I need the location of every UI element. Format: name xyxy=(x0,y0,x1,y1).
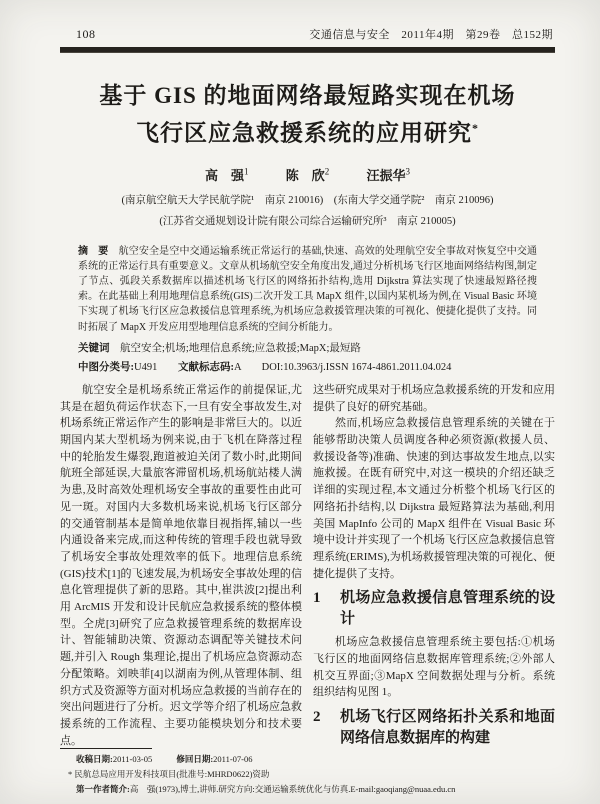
author-2-name: 陈 欣 xyxy=(286,168,325,183)
paper-page: 108 交通信息与安全 2011年4期 第29卷 总152期 基于 GIS 的地… xyxy=(0,0,600,804)
section-heading-2: 2 机场飞行区网络拓扑关系和地面网络信息数据库的构建 xyxy=(313,707,555,749)
title-footnote-marker: * xyxy=(472,121,479,135)
section-2-title: 机场飞行区网络拓扑关系和地面网络信息数据库的构建 xyxy=(340,707,555,749)
journal-info: 交通信息与安全 2011年4期 第29卷 总152期 xyxy=(309,26,553,42)
author-1-affil-marker: 1 xyxy=(244,166,249,176)
footnote-author-bio: 第一作者简介:高 强(1973),博士,讲师.研究方向:交通运输系统优化与仿真.… xyxy=(60,782,555,797)
doi: DOI:10.3963/j.ISSN 1674-4861.2011.04.024 xyxy=(262,362,452,373)
keywords-line: 关键词 航空安全;机场;地理信息系统;应急救援;MapX;最短路 xyxy=(78,340,537,355)
left-paragraph: 航空安全是机场系统正常运作的前提保证,尤其是在超负荷运作状态下,一旦有安全事故发… xyxy=(60,382,302,749)
author-1-name: 高 强 xyxy=(205,168,244,183)
section-heading-1: 1 机场应急救援信息管理系统的设计 xyxy=(313,588,555,630)
classification-line: 中图分类号:U491 文献标志码:A DOI:10.3963/j.ISSN 16… xyxy=(78,359,537,374)
revised-date-label: 修回日期: xyxy=(176,754,213,764)
affiliation-line-1: (南京航空航天大学民航学院¹ 南京 210016) (东南大学交通学院² 南京 … xyxy=(60,191,555,210)
author-2: 陈 欣2 xyxy=(286,168,330,183)
received-date-value: 2011-03-05 xyxy=(113,754,152,764)
section-1-number: 1 xyxy=(313,588,340,630)
abstract-text: 航空安全是空中交通运输系统正常运行的基础,快速、高效的处理航空安全事故对恢复空中… xyxy=(78,246,537,333)
author-1: 高 强1 xyxy=(205,168,249,183)
page-header: 108 交通信息与安全 2011年4期 第29卷 总152期 xyxy=(60,26,555,42)
right-paragraph-1: 这些研究成果对于机场应急救援系统的开发和应用提供了良好的研究基础。 xyxy=(313,382,555,415)
clc-value: U491 xyxy=(134,362,157,373)
right-column: 这些研究成果对于机场应急救援系统的开发和应用提供了良好的研究基础。 然而,机场应… xyxy=(313,382,555,750)
footnote-separator xyxy=(60,748,152,749)
received-date-label: 收稿日期: xyxy=(76,754,113,764)
title-line1: 基于 GIS 的地面网络最短路实现在机场 xyxy=(99,83,515,108)
keywords-text: 航空安全;机场;地理信息系统;应急救援;MapX;最短路 xyxy=(120,343,361,354)
header-rule xyxy=(60,47,555,53)
abstract: 摘 要 航空安全是空中交通运输系统正常运行的基础,快速、高效的处理航空安全事故对… xyxy=(78,244,537,335)
abstract-label: 摘 要 xyxy=(78,246,108,257)
author-2-affil-marker: 2 xyxy=(325,166,330,176)
section-2-number: 2 xyxy=(313,707,340,749)
section-1-title: 机场应急救援信息管理系统的设计 xyxy=(340,588,555,630)
paper-title: 基于 GIS 的地面网络最短路实现在机场 飞行区应急救援系统的应用研究* xyxy=(60,79,555,150)
footnote-funding: * 民航总局应用开发科技项目(批准号:MHRD0622)资助 xyxy=(60,767,555,782)
authors-line: 高 强1 陈 欣2 汪振华3 xyxy=(60,165,555,184)
doc-code-label: 文献标志码: xyxy=(178,362,234,373)
clc-label: 中图分类号: xyxy=(78,362,134,373)
author-3-name: 汪振华 xyxy=(367,168,406,183)
keywords-label: 关键词 xyxy=(78,343,110,354)
doc-code-value: A xyxy=(234,362,241,373)
author-bio-text: 高 强(1973),博士,讲师.研究方向:交通运输系统优化与仿真.E-mail:… xyxy=(130,784,456,794)
page-number: 108 xyxy=(76,27,96,42)
body-columns: 航空安全是机场系统正常运作的前提保证,尤其是在超负荷运作状态下,一旦有安全事故发… xyxy=(60,382,555,750)
author-3: 汪振华3 xyxy=(367,168,411,183)
right-paragraph-2: 然而,机场应急救援信息管理系统的关键在于能够帮助决策人员调度各种必须资源(救援人… xyxy=(313,415,555,582)
revised-date-value: 2011-07-06 xyxy=(213,754,252,764)
footnote-block: 收稿日期:2011-03-05 修回日期:2011-07-06 * 民航总局应用… xyxy=(60,748,555,797)
footnote-dates: 收稿日期:2011-03-05 修回日期:2011-07-06 xyxy=(60,752,555,767)
left-column: 航空安全是机场系统正常运作的前提保证,尤其是在超负荷运作状态下,一旦有安全事故发… xyxy=(60,382,302,750)
title-line2: 飞行区应急救援系统的应用研究 xyxy=(136,121,472,146)
author-bio-label: 第一作者简介: xyxy=(76,784,130,794)
section-1-paragraph: 机场应急救援信息管理系统主要包括:①机场飞行区的地面网络信息数据库管理系统;②外… xyxy=(313,634,555,701)
author-3-affil-marker: 3 xyxy=(406,166,411,176)
affiliation-line-2: (江苏省交通规划设计院有限公司综合运输研究所³ 南京 210005) xyxy=(60,212,555,231)
